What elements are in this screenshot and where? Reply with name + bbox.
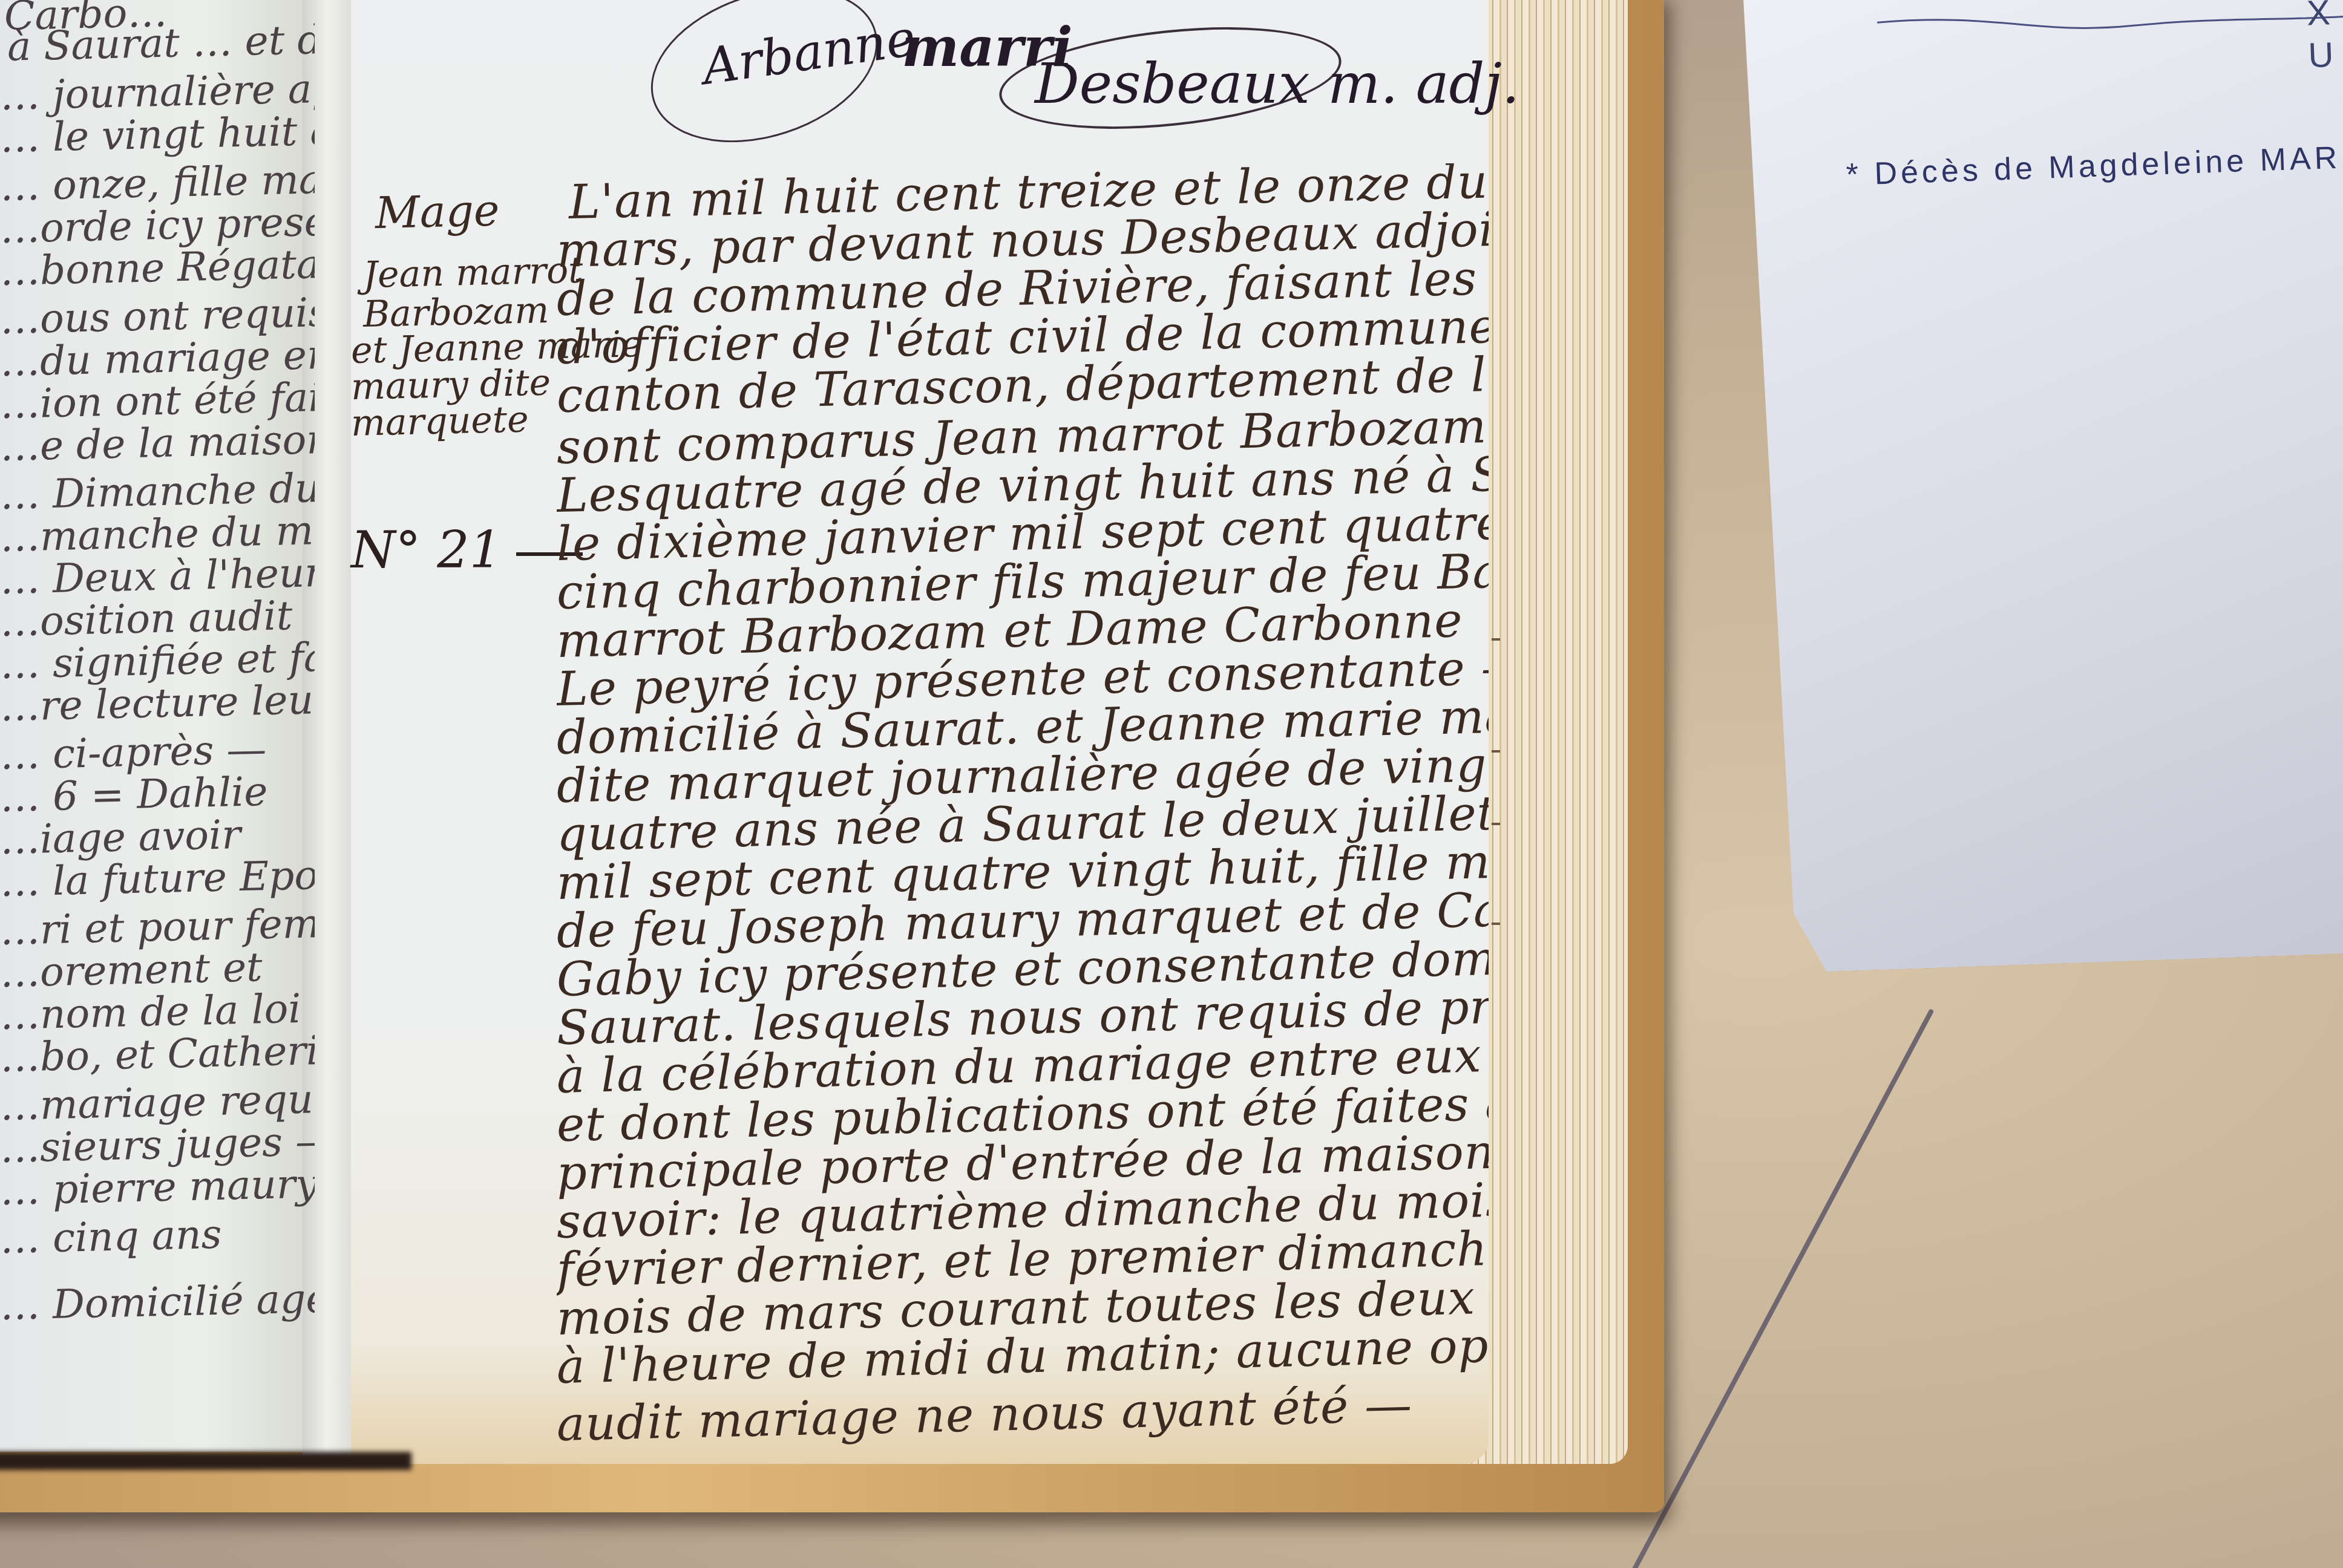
record-body: L'an mil huit cent treize et le onze du … bbox=[557, 163, 1489, 1464]
edge-tick bbox=[1492, 750, 1500, 753]
squiggle-line bbox=[1877, 0, 2343, 41]
left-line: …e de la maison bbox=[0, 416, 315, 470]
left-line: … pierre maury bbox=[0, 1160, 315, 1214]
left-line: …is à Saurat … et de feüe bbox=[0, 13, 315, 72]
left-line: … cinq ans bbox=[0, 1211, 222, 1263]
note-sheet: X V U N * Décès de Magdeleine MAR… bbox=[1743, 0, 2343, 973]
margin-line: Jean marrot bbox=[362, 249, 583, 296]
left-line: … Domicilié agé bbox=[0, 1275, 315, 1329]
left-line: … la future Epouse bbox=[0, 850, 315, 906]
edge-tick bbox=[1492, 923, 1500, 925]
margin-line: marquete bbox=[350, 398, 529, 445]
edge-tick bbox=[1492, 823, 1500, 825]
page-edges bbox=[1464, 0, 1628, 1464]
left-page-text: … Carbo… …is à Saurat … et de feüe … jou… bbox=[0, 0, 315, 1452]
left-line: … le vingt huit ans bbox=[0, 106, 315, 162]
left-line: …re lecture leur bbox=[0, 676, 315, 730]
signature-official: Desbeaux m. adj. bbox=[1035, 51, 1519, 116]
edge-tick bbox=[1492, 638, 1500, 641]
left-line: …bo, et Catherine bbox=[0, 1026, 315, 1081]
left-line: …bonne Régatat bbox=[0, 240, 315, 295]
book-shadow bbox=[0, 1452, 411, 1470]
record-number-text: N° 21 bbox=[351, 520, 502, 580]
note-corner-text: X V U N bbox=[2306, 0, 2343, 77]
note-death-line: * Décès de Magdeleine MAR… bbox=[1846, 139, 2343, 194]
margin-title: Mage bbox=[375, 185, 500, 238]
record-number: N° 21 bbox=[351, 520, 583, 580]
register-book: … Carbo… …is à Saurat … et de feüe … jou… bbox=[0, 0, 1670, 1512]
